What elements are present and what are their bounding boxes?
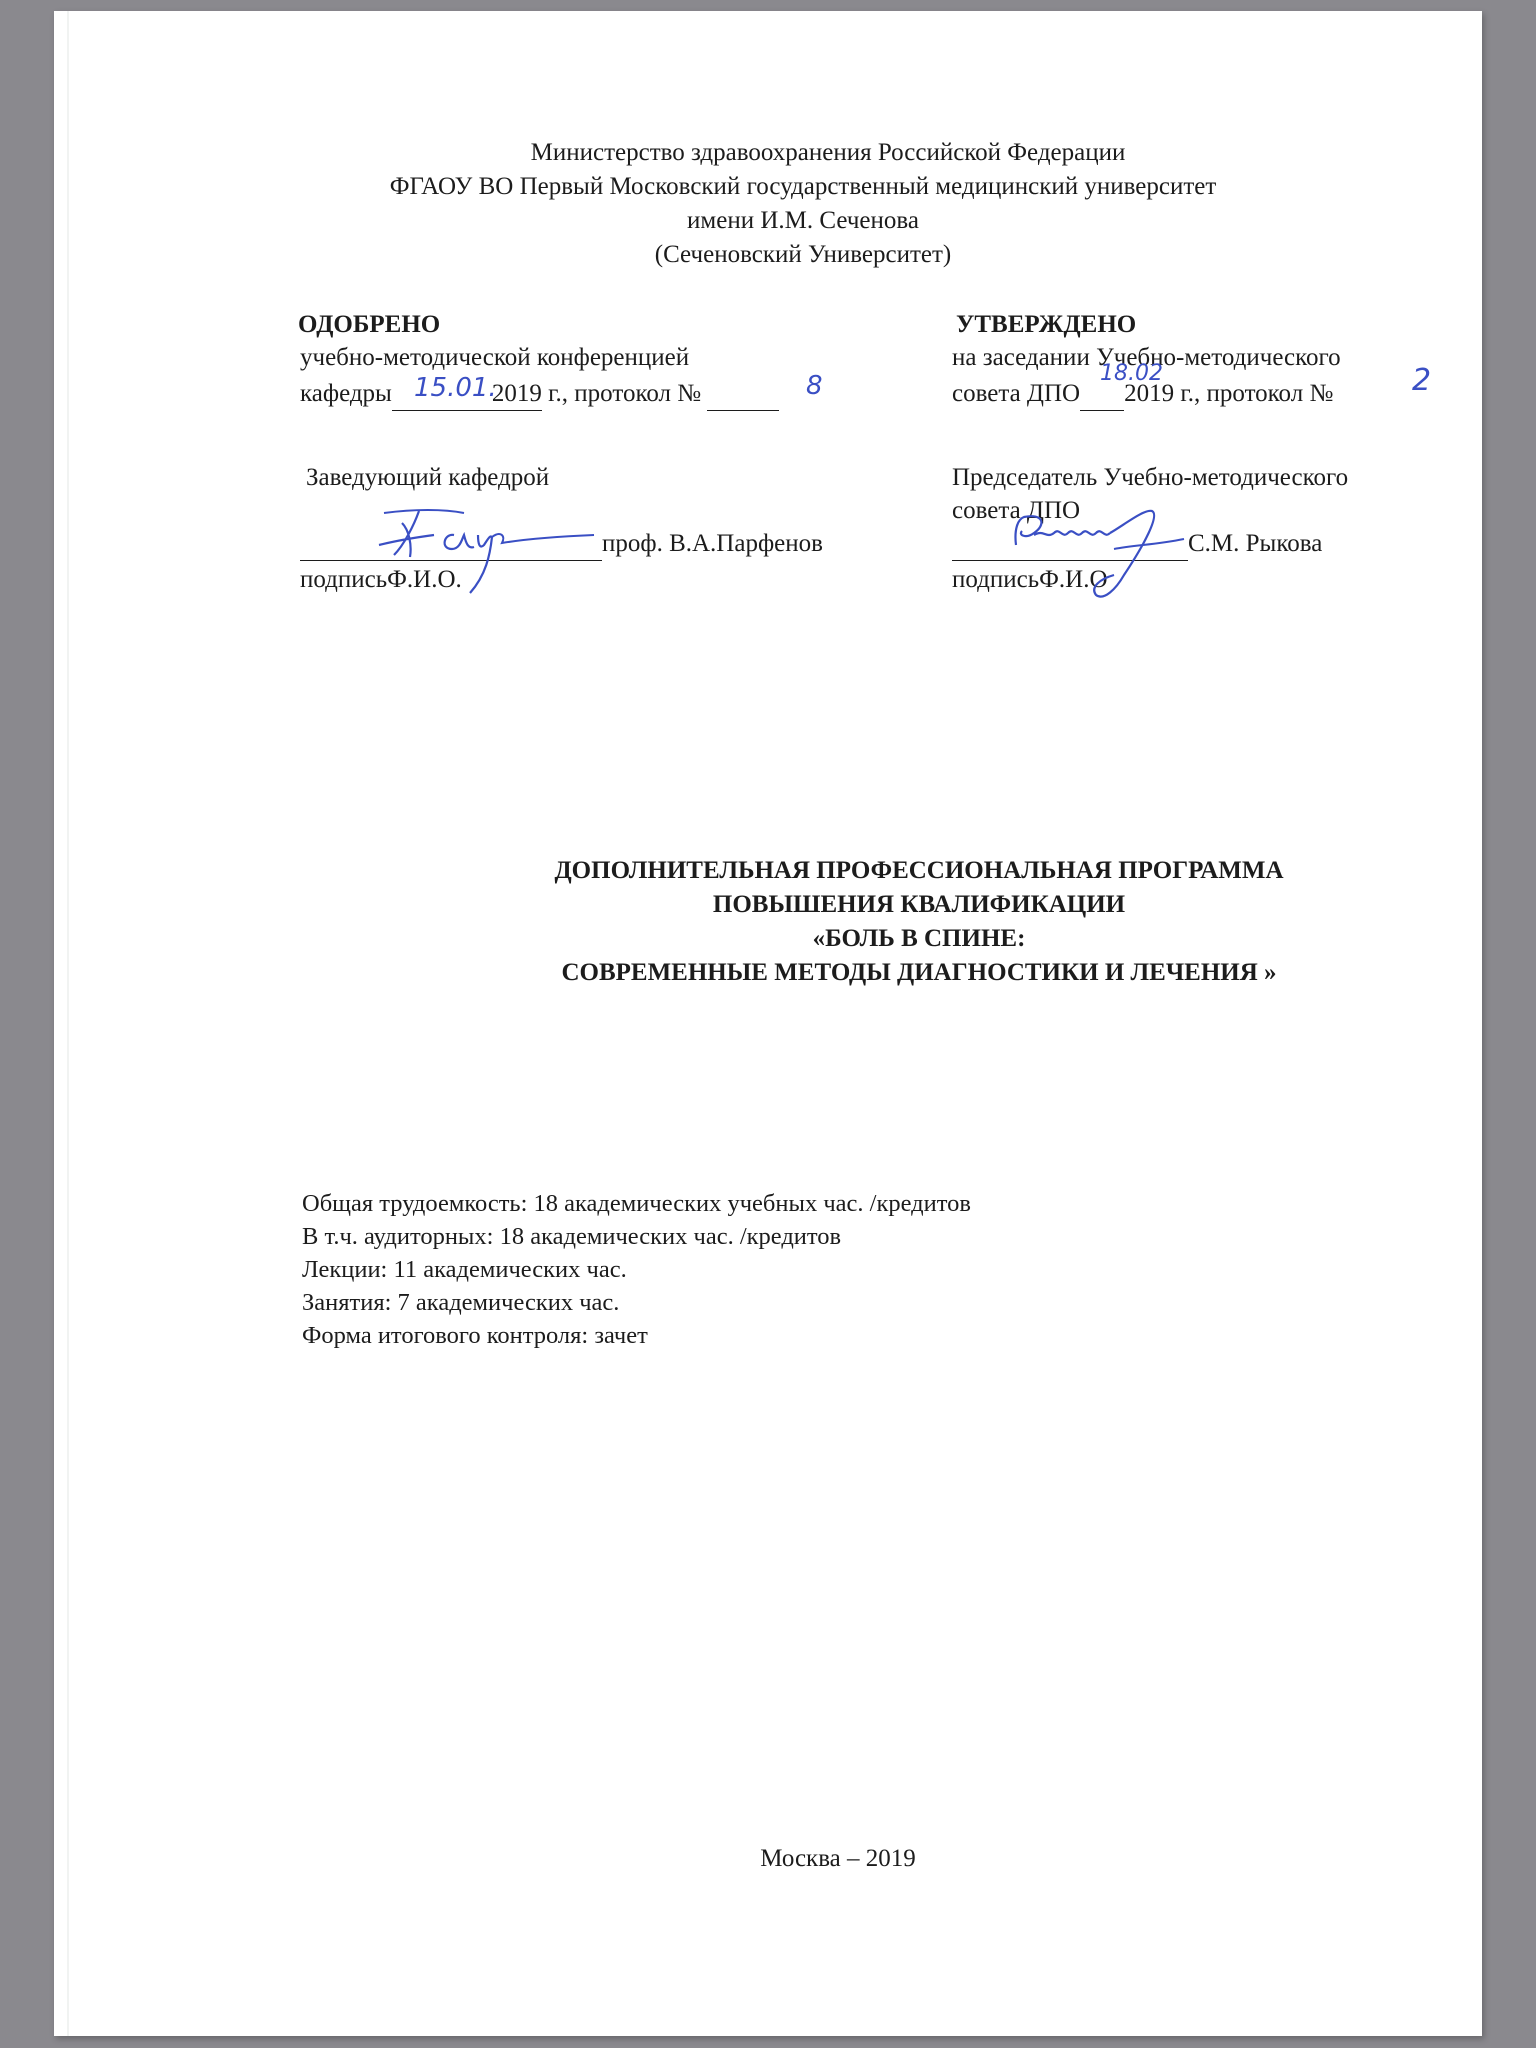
approved-line2-suffix: г., протокол № <box>542 380 707 407</box>
info-lectures: Лекции: 11 академических час. <box>302 1253 627 1286</box>
title-line2: ПОВЫШЕНИЯ КВАЛИФИКАЦИИ <box>384 888 1454 922</box>
approved-line2-prefix: кафедры <box>300 380 392 407</box>
signature-parfenov-icon <box>374 505 614 595</box>
footer-city-year: Москва – 2019 <box>54 1845 1482 1873</box>
approved-protocol-blank <box>707 377 779 411</box>
short-name-line: (Сеченовский Университет) <box>54 238 1482 271</box>
confirmed-line2-prefix: совета ДПО <box>952 380 1080 407</box>
confirmed-heading: УТВЕРЖДЕНО <box>956 308 1136 341</box>
page-edge <box>67 11 69 2036</box>
ministry-line: Министерство здравоохранения Российской … <box>54 136 1482 169</box>
approved-line1: учебно-методической конференцией <box>300 341 689 374</box>
university-line: ФГАОУ ВО Первый Московский государственн… <box>54 170 1482 203</box>
title-line4: СОВРЕМЕННЫЕ МЕТОДЫ ДИАГНОСТИКИ И ЛЕЧЕНИЯ… <box>384 956 1454 990</box>
document-page: Министерство здравоохранения Российской … <box>54 11 1482 2036</box>
info-final-control: Форма итогового контроля: зачет <box>302 1319 648 1352</box>
approved-line2: кафедры 2019 г., протокол № <box>300 377 779 411</box>
approved-protocol-handwritten: 8 <box>806 371 823 401</box>
info-classroom-hours: В т.ч. аудиторных: 18 академических час.… <box>302 1220 841 1253</box>
approved-position: Заведующий кафедрой <box>306 461 549 494</box>
confirmed-date-handwritten: 18.02 <box>1100 361 1163 386</box>
title-line1: ДОПОЛНИТЕЛЬНАЯ ПРОФЕССИОНАЛЬНАЯ ПРОГРАММ… <box>384 854 1454 888</box>
signature-rykova-icon <box>1004 505 1204 605</box>
title-line3: «БОЛЬ В СПИНЕ: <box>384 922 1454 956</box>
info-total-hours: Общая трудоемкость: 18 академических уче… <box>302 1187 971 1220</box>
confirmed-line2-suffix: г., протокол № <box>1174 380 1333 407</box>
named-after-line: имени И.М. Сеченова <box>54 204 1482 237</box>
approved-heading: ОДОБРЕНО <box>298 308 440 341</box>
approved-name: проф. В.А.Парфенов <box>602 530 823 557</box>
approved-year: 2019 <box>492 377 542 411</box>
confirmed-position-line1: Председатель Учебно-методического <box>952 461 1348 494</box>
approved-date-handwritten: 15.01. <box>414 373 497 403</box>
confirmed-protocol-handwritten: 2 <box>1412 363 1431 398</box>
confirmed-name: С.М. Рыкова <box>1188 530 1322 557</box>
info-classes: Занятия: 7 академических час. <box>302 1286 619 1319</box>
